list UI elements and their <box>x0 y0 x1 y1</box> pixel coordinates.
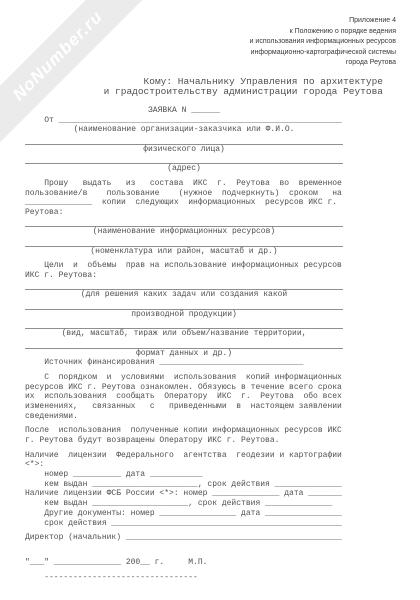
form-line: кем выдан ____________________, срок дей… <box>25 499 343 509</box>
blank-line-rule <box>25 218 343 228</box>
form-line: их использования сообщать Оператору ИКС … <box>25 392 343 402</box>
blank-line-rule <box>25 319 343 329</box>
form-title-line: ЗАЯВКА N ______ <box>25 106 343 116</box>
blank-line-rule <box>25 154 343 164</box>
field-caption: (для решения каких задач или создания ка… <box>25 290 343 300</box>
form-body: ЗАЯВКА N ______ От _____________________… <box>25 106 343 582</box>
form-line: С порядком и условиями использования коп… <box>25 373 343 383</box>
field-caption: физического лица) <box>25 145 343 155</box>
field-caption: производной продукции) <box>25 310 343 320</box>
field-caption: формат данных и др.) <box>25 349 343 359</box>
form-line: ИКС г. Реутова: <box>25 271 343 281</box>
form-line: Наличие лицензии Федерального агентства … <box>25 451 343 461</box>
form-line: изменениях, связанных с приведенными в н… <box>25 402 343 412</box>
field-caption: (наименование организации-заказчика или … <box>25 125 343 135</box>
form-line: Другие документы: номер ________________… <box>25 509 343 519</box>
form-line: -------------------------------- <box>25 573 343 583</box>
form-line: ______________ копии следующих информаци… <box>25 198 343 208</box>
form-line: сведениями. <box>25 412 343 422</box>
field-caption: (вид, масштаб, тираж или объем/название … <box>25 329 343 339</box>
form-line: Наличие лицензии ФСБ России <*>: номер _… <box>25 489 343 499</box>
form-line: номер __________ дата ___________ <box>25 470 343 480</box>
form-line: От _____________________________________… <box>25 116 343 126</box>
form-line: ресурсов ИКС г. Реутова ознакомлен. Обяз… <box>25 383 343 393</box>
form-line: Директор (начальник) ___________________… <box>25 533 343 543</box>
form-line: Цели и объемы прав на использование инфо… <box>25 261 343 271</box>
blank-line-rule <box>25 300 343 310</box>
form-line: срок действия __________________________… <box>25 519 343 529</box>
field-caption: (номенклатура или район, масштаб и др.) <box>25 247 343 257</box>
watermark-text: NoNumber.ru <box>9 7 107 105</box>
form-line: Источник финансирования ________________… <box>25 358 343 368</box>
blank-line-rule <box>25 135 343 145</box>
form-line: Прошу выдать из состава ИКС г. Реутова в… <box>25 179 343 189</box>
field-caption: (наименование информационных ресурсов) <box>25 227 343 237</box>
form-line: кем выдан ______________________, срок д… <box>25 480 343 490</box>
blank-line-rule <box>25 237 343 247</box>
form-line: После использования полученные копии инф… <box>25 426 343 436</box>
spacer <box>25 543 343 548</box>
annex-reference-note: Приложение 4 к Положению о порядке веден… <box>250 16 396 69</box>
form-line: <*>: <box>25 460 343 470</box>
form-line: "___" ______________ 200__ г. М.П. <box>25 558 343 568</box>
addressee-block: Кому: Начальнику Управления по архитекту… <box>104 77 383 97</box>
blank-line-rule <box>25 339 343 349</box>
form-line: Реутова: <box>25 208 343 218</box>
document-page: { "colors":{ "ink":"#4f4f4f", "header-in… <box>0 0 420 600</box>
blank-line-rule <box>25 281 343 291</box>
form-line: пользование/в пользование (нужное подчер… <box>25 189 343 199</box>
form-line: г. Реутова будут возвращены Оператору ИК… <box>25 436 343 446</box>
field-caption: (адрес) <box>25 164 343 174</box>
